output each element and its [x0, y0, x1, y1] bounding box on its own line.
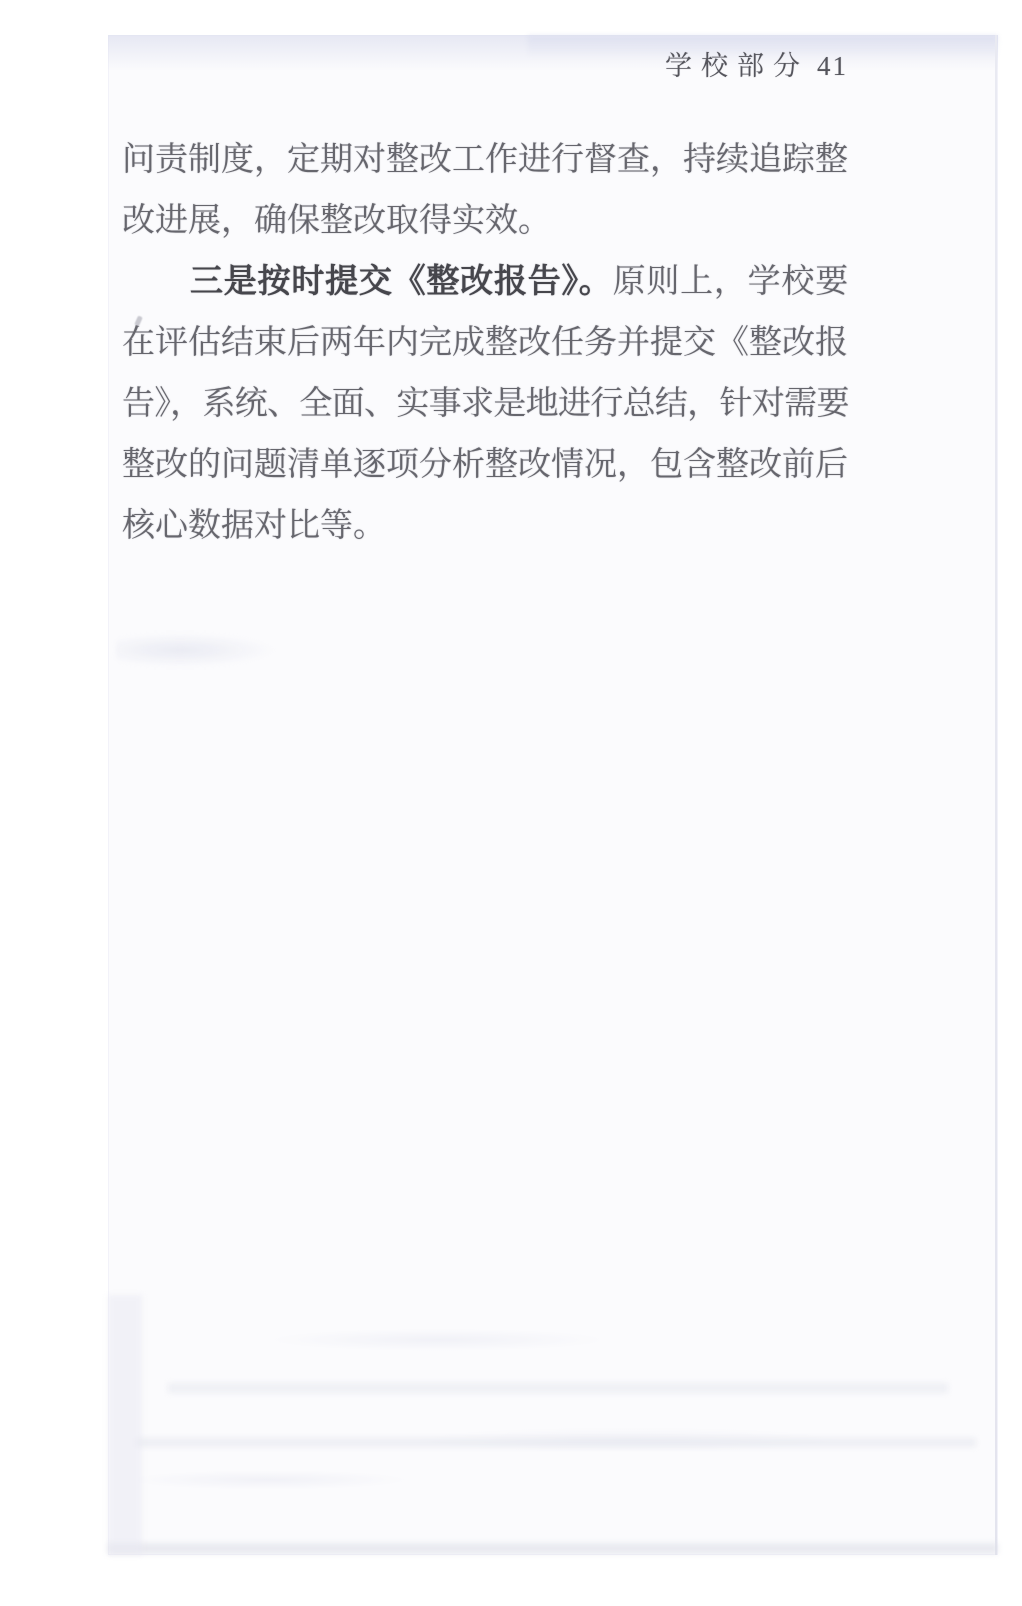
text-line-3: 三是按时提交《整改报告》。原则上，学校要	[122, 252, 848, 313]
bold-lead-in: 三是按时提交《整改报告》。	[190, 264, 613, 300]
text-line-7: 核心数据对比等。	[122, 496, 848, 557]
scan-noise-streak	[108, 1543, 998, 1554]
section-title: 学校部分	[665, 51, 809, 81]
text-run: 原则上，学校要	[613, 264, 848, 300]
book-page: 学校部分41 问责制度，定期对整改工作进行督查，持续追踪整 改进展，确保整改取得…	[108, 35, 998, 1555]
scan-left-shading	[108, 1295, 142, 1555]
scan-noise-streak	[136, 1438, 976, 1447]
page-number: 41	[817, 51, 848, 81]
text-line-4: 在评估结束后两年内完成整改任务并提交《整改报	[122, 313, 848, 374]
scan-noise-area	[108, 1280, 998, 1555]
page-header: 学校部分41	[665, 50, 848, 82]
scan-noise-streak	[168, 1383, 948, 1393]
text-line-2: 改进展，确保整改取得实效。	[122, 191, 848, 252]
scan-smudge	[116, 633, 276, 667]
scan-canvas: 学校部分41 问责制度，定期对整改工作进行督查，持续追踪整 改进展，确保整改取得…	[0, 0, 1022, 1606]
text-line-5: 告》，系统、全面、实事求是地进行总结，针对需要	[122, 374, 848, 435]
text-line-6: 整改的问题清单逐项分析整改情况，包含整改前后	[122, 435, 848, 496]
text-line-1: 问责制度，定期对整改工作进行督查，持续追踪整	[122, 130, 848, 191]
body-text-block: 问责制度，定期对整改工作进行督查，持续追踪整 改进展，确保整改取得实效。 三是按…	[122, 130, 848, 557]
